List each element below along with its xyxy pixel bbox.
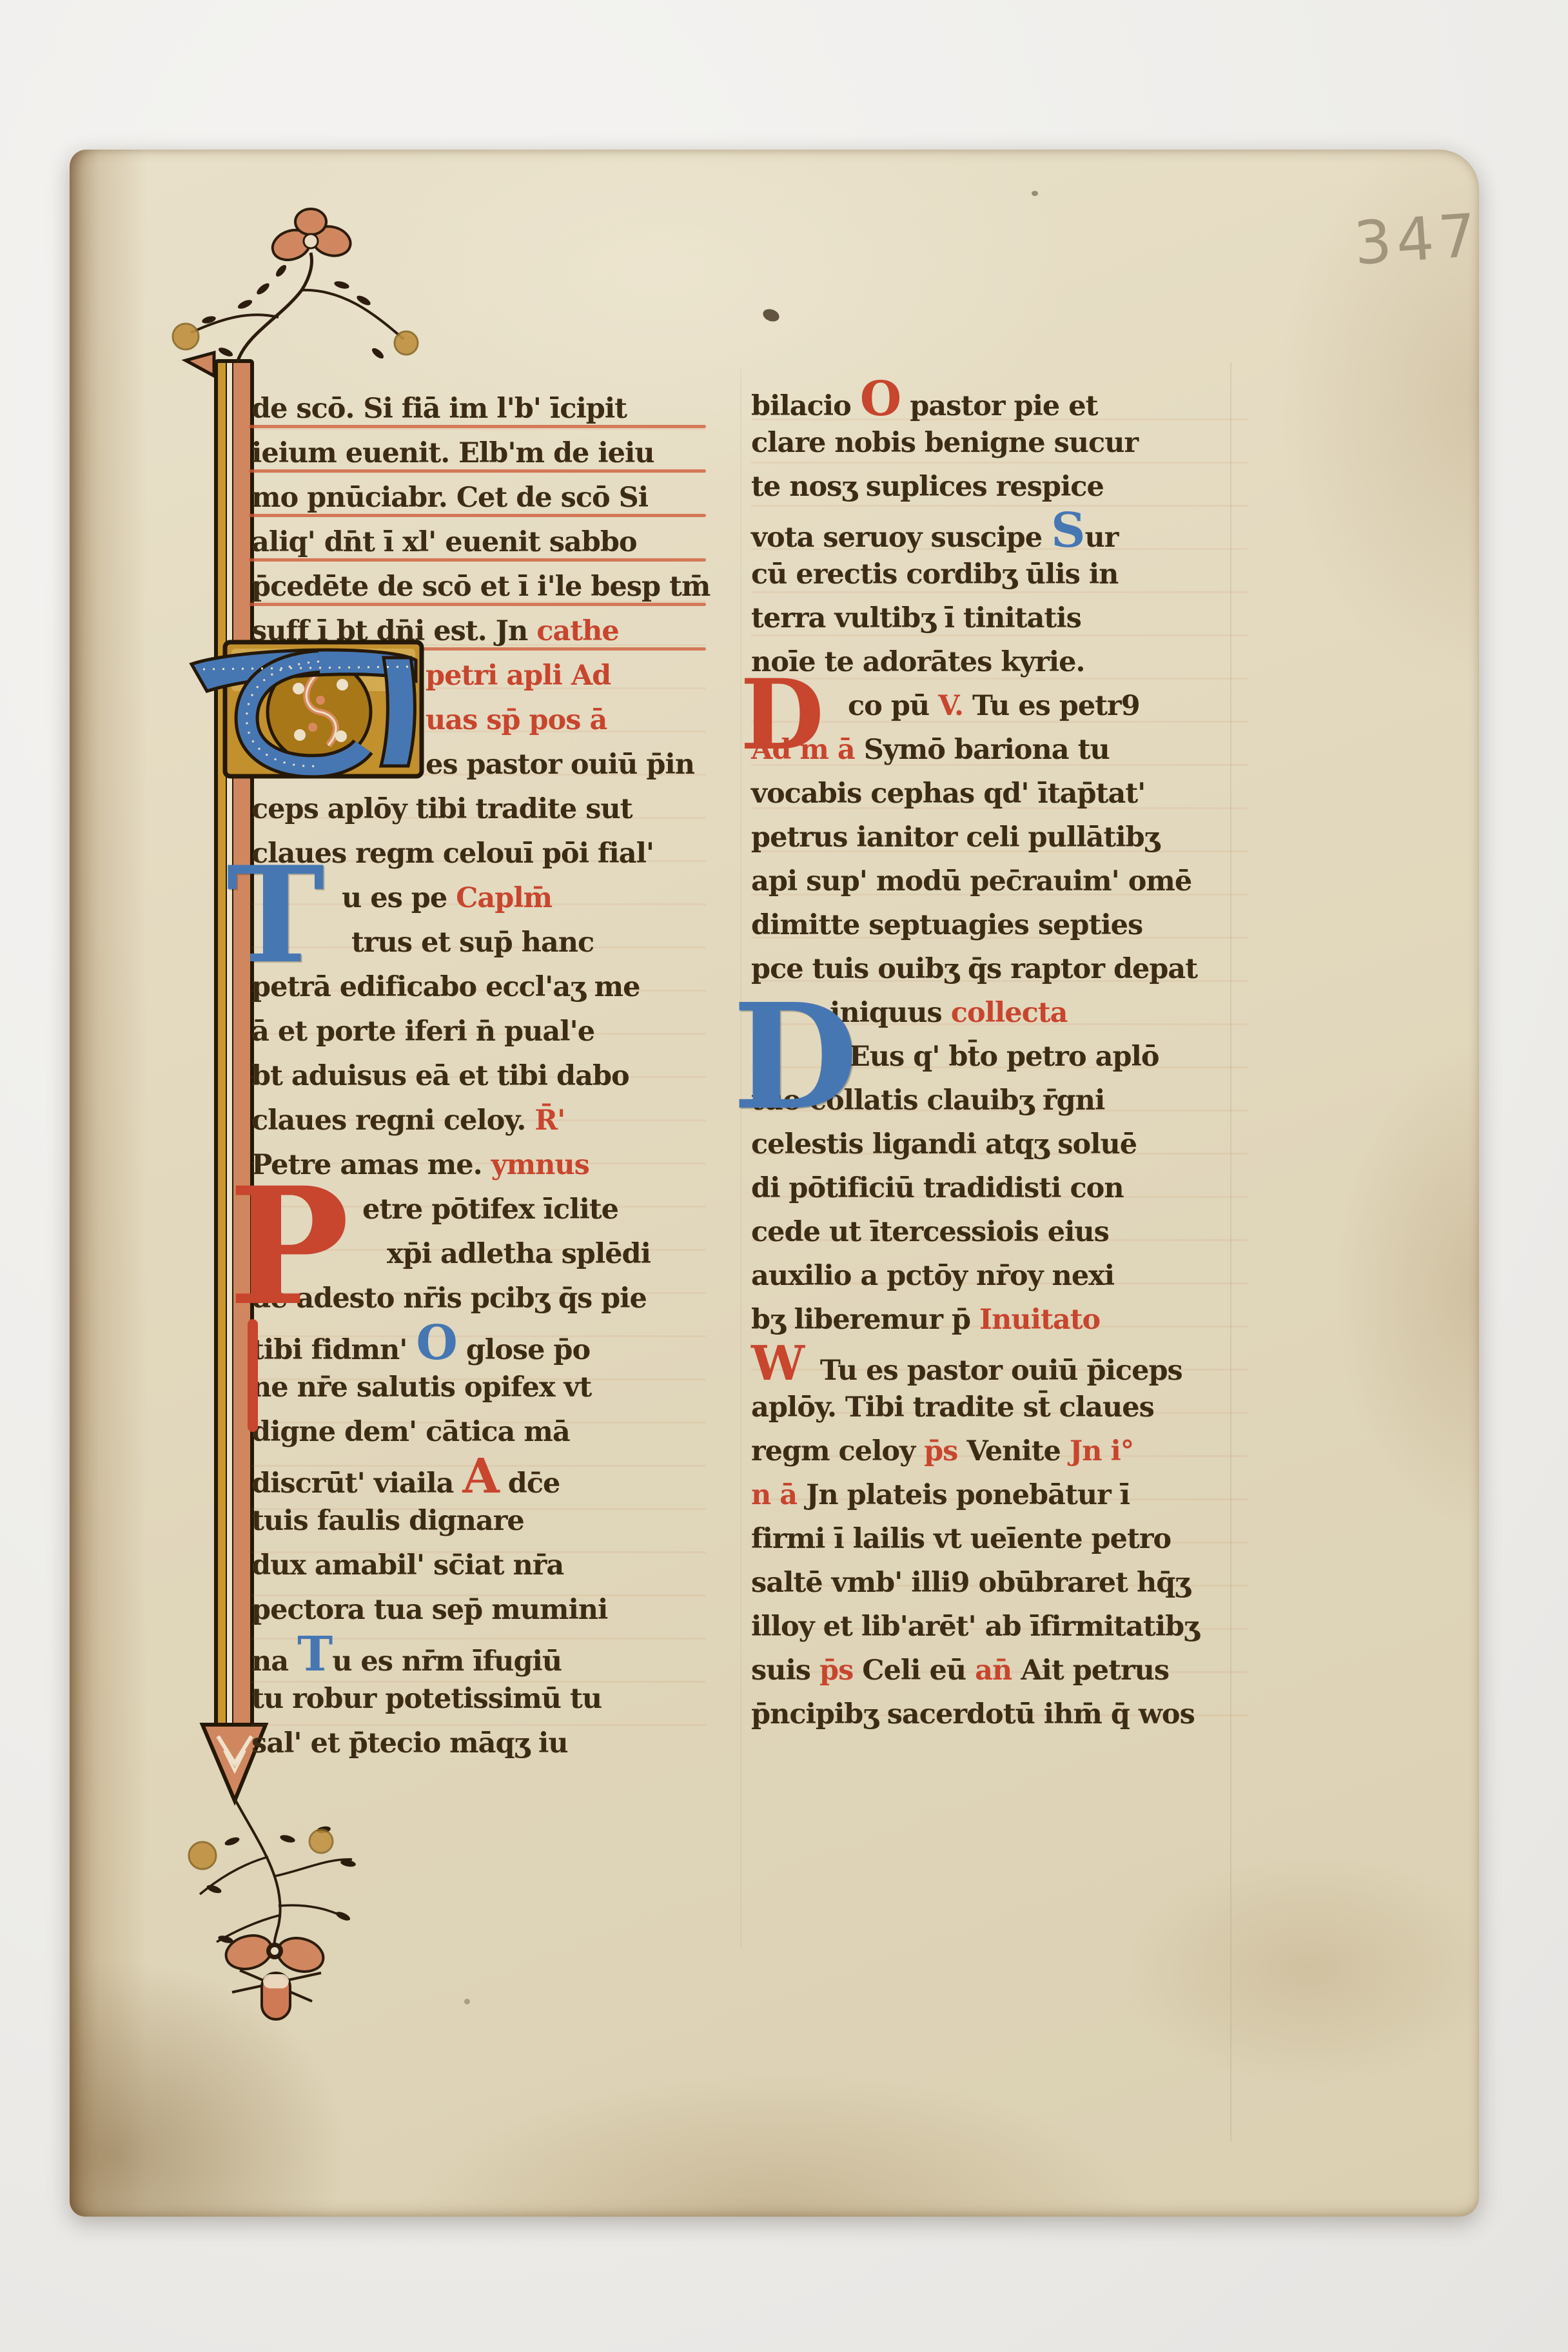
text-line: na Tu es nr̄m īfugiū xyxy=(251,1632,706,1677)
body-text: Venite xyxy=(966,1429,1070,1473)
body-text: suis xyxy=(751,1649,819,1692)
rubric-text: p̄s xyxy=(924,1429,966,1473)
text-line: mo pnūciabr. Cet de scō Si xyxy=(251,476,706,520)
text-line: p̄ncipibʒ sacerdotū ihm̄ q̄ wos xyxy=(751,1692,1248,1736)
body-text: Symō bariona tu xyxy=(864,728,1110,772)
body-text: vocabis cephas qd' ītap̄tat' xyxy=(751,772,1145,816)
text-line: Ad m ā Symō bariona tu xyxy=(751,728,1248,772)
text-line: dux amabil' sc̄iat nr̄a xyxy=(251,1543,706,1588)
body-text: firmi ī lailis vt ueīente petro xyxy=(751,1517,1171,1561)
rubric-text: an̄ xyxy=(975,1649,1021,1692)
body-text: terra vultibʒ ī tinitatis xyxy=(751,596,1081,640)
rubric-text: O xyxy=(860,377,901,421)
text-line: vota seruoy suscipe Sur xyxy=(751,509,1248,553)
body-text: u es pe xyxy=(342,876,456,921)
body-text: dux amabil' sc̄iat nr̄a xyxy=(251,1543,563,1588)
rubric-text: ymnus xyxy=(491,1143,589,1188)
rubric-text: Jn i° xyxy=(1070,1429,1133,1473)
text-line: dimitte septuagies septies xyxy=(751,903,1248,947)
body-text: clare nobis benigne sucur xyxy=(751,421,1138,465)
ink-fleck xyxy=(761,307,781,324)
left-text-column: de scō. Si fiā im l'b' īcipitieium eueni… xyxy=(251,387,706,1766)
text-line: pectora tua sep̄ mumini xyxy=(251,1588,706,1632)
text-line: ā et porte iferi n̄ pual'e xyxy=(251,1010,706,1054)
text-line: cū erectis cordibʒ ūlis in xyxy=(751,553,1248,596)
body-text: regm celoy xyxy=(751,1429,924,1473)
rubric-text: p̄s xyxy=(819,1649,862,1692)
text-line: aplōy. Tibi tradite st̄ claues xyxy=(751,1386,1248,1429)
body-text: ā et porte iferi n̄ pual'e xyxy=(251,1010,594,1054)
body-text: Tu es petr9 xyxy=(963,684,1140,728)
body-text: Eus q' bt̄o petro aplō xyxy=(849,1035,1159,1079)
rubric-text: R̄' xyxy=(534,1099,565,1143)
text-line: p̄cedēte de scō et ī i'le besp tm̄ xyxy=(251,565,706,609)
ink-fleck xyxy=(1032,191,1038,196)
text-line: tuis faulis dignare xyxy=(251,1499,706,1543)
body-text: ceps aplōy tibi tradite sut xyxy=(251,787,632,832)
text-line: de scō. Si fiā im l'b' īcipit xyxy=(251,387,706,431)
text-line: W Tu es pastor ouiū p̄iceps xyxy=(751,1342,1248,1386)
vertical-crease xyxy=(740,369,741,1948)
bottom-floral-spray xyxy=(155,1779,413,2057)
text-line: illoy et lib'arēt' ab īfirmitatibʒ xyxy=(751,1605,1248,1649)
initial-d-red: D xyxy=(740,667,824,763)
body-text: te nosʒ suplices respice xyxy=(751,465,1104,509)
text-line: claues regni celoy. R̄' xyxy=(251,1099,706,1143)
text-line: te nosʒ suplices respice xyxy=(751,465,1248,509)
rubric-text: uas sp̄ pos ā xyxy=(426,698,607,743)
body-text: mo pnūciabr. Cet de scō Si xyxy=(251,476,648,520)
text-line: n ā Jn plateis ponebātur ī xyxy=(751,1473,1248,1517)
folio-number: 347 xyxy=(1352,201,1484,278)
text-line: tu robur potetissimū tu xyxy=(251,1677,706,1721)
body-text: aplōy. Tibi tradite st̄ claues xyxy=(751,1386,1154,1429)
body-text: trus et sup̄ hanc xyxy=(351,921,594,965)
text-line: aliq' dn̄t ī xl' euenit sabbo xyxy=(251,520,706,565)
body-text: bʒ liberemur p̄ xyxy=(751,1298,979,1342)
rubric-text: A xyxy=(462,1455,498,1498)
text-line: digne dem' cātica mā xyxy=(251,1410,706,1455)
body-text: claues regni celoy. xyxy=(251,1099,534,1143)
text-line: firmi ī lailis vt ueīente petro xyxy=(751,1517,1248,1561)
text-line: cede ut ītercessiois eius xyxy=(751,1210,1248,1254)
text-line: bilacio O pastor pie et xyxy=(751,377,1248,421)
illuminated-initial-T xyxy=(222,638,426,780)
rubric-text: Caplm̄ xyxy=(456,876,552,921)
rubric-text: W xyxy=(751,1342,820,1386)
body-text: auxilio a pctōy nr̄oy nexi xyxy=(751,1254,1114,1298)
initial-letter: S xyxy=(1051,509,1084,553)
body-text: etre pōtifex īclite xyxy=(362,1188,618,1232)
body-text: dimitte septuagies septies xyxy=(751,903,1142,947)
body-text: cede ut ītercessiois eius xyxy=(751,1210,1109,1254)
text-line: ieium euenit. Elb'm de ieiu xyxy=(251,431,706,476)
text-line: discrūt' viaila A dc̄e xyxy=(251,1455,706,1499)
body-text: cū erectis cordibʒ ūlis in xyxy=(751,553,1118,596)
body-text: es pastor ouiū p̄in xyxy=(426,743,694,787)
body-text: bt aduisus eā et tibi dabo xyxy=(251,1054,629,1099)
top-floral-spray xyxy=(148,193,445,387)
body-text: p̄ncipibʒ sacerdotū ihm̄ q̄ wos xyxy=(751,1692,1195,1736)
body-text: de scō. Si fiā im l'b' īcipit xyxy=(251,387,627,431)
body-text: Ait petrus xyxy=(1021,1649,1169,1692)
body-text: petrus ianitor celi pullātibʒ xyxy=(751,816,1159,859)
text-line: suis p̄s Celi eū an̄ Ait petrus xyxy=(751,1649,1248,1692)
body-text: saltē vmb' illi9 obūbraret hq̄ʒ xyxy=(751,1561,1190,1605)
text-line: ceps aplōy tibi tradite sut xyxy=(251,787,706,832)
body-text: Jn plateis ponebātur ī xyxy=(806,1473,1130,1517)
text-line: saltē vmb' illi9 obūbraret hq̄ʒ xyxy=(751,1561,1248,1605)
body-text: sal' et p̄tecio māqʒ iu xyxy=(251,1721,568,1766)
body-text: p̄cedēte de scō et ī i'le besp tm̄ xyxy=(251,565,710,609)
initial-t-blue: T xyxy=(226,850,325,982)
text-line: auxilio a pctōy nr̄oy nexi xyxy=(751,1254,1248,1298)
body-text: illoy et lib'arēt' ab īfirmitatibʒ xyxy=(751,1605,1199,1649)
rubric-text: n ā xyxy=(751,1473,806,1517)
body-text: digne dem' cātica mā xyxy=(251,1410,570,1455)
text-line: co pū V. Tu es petr9 xyxy=(751,684,1248,728)
initial-p-red: P xyxy=(228,1166,349,1327)
rubric-text: cathe xyxy=(536,609,619,654)
text-line: api sup' modū pec̄rauim' omē xyxy=(751,859,1248,903)
initial-letter: O xyxy=(416,1321,456,1365)
rubric-text: petri apli Ad xyxy=(426,654,611,698)
body-text: co pū xyxy=(848,684,938,728)
text-line: regm celoy p̄s Venite Jn i° xyxy=(751,1429,1248,1473)
body-text: tu robur potetissimū tu xyxy=(251,1677,602,1721)
body-text: aliq' dn̄t ī xl' euenit sabbo xyxy=(251,520,637,565)
body-text: ieium euenit. Elb'm de ieiu xyxy=(251,431,654,476)
text-line: bʒ liberemur p̄ Inuitato xyxy=(751,1298,1248,1342)
text-line: noīe te adorātes kyrie. xyxy=(751,640,1248,684)
ink-fleck xyxy=(464,1999,470,2004)
manuscript-leaf: 347 xyxy=(70,150,1479,2217)
body-text: tuis faulis dignare xyxy=(251,1499,524,1543)
body-text: ne nr̄e salutis opifex vt xyxy=(251,1366,591,1410)
initial-d-blue: D xyxy=(732,985,858,1130)
body-text: pectora tua sep̄ mumini xyxy=(251,1588,607,1632)
body-text: api sup' modū pec̄rauim' omē xyxy=(751,859,1191,903)
rubric-text: collecta xyxy=(951,991,1068,1035)
text-line: bt aduisus eā et tibi dabo xyxy=(251,1054,706,1099)
text-line: sal' et p̄tecio māqʒ iu xyxy=(251,1721,706,1766)
text-line: ne nr̄e salutis opifex vt xyxy=(251,1366,706,1410)
rubric-text: Inuitato xyxy=(979,1298,1100,1342)
rubric-text: V. xyxy=(938,684,963,728)
text-line: vocabis cephas qd' ītap̄tat' xyxy=(751,772,1248,816)
text-line: di pōtificiū tradidisti con xyxy=(751,1166,1248,1210)
text-line: clare nobis benigne sucur xyxy=(751,421,1248,465)
body-text: xp̄i adletha splēdi xyxy=(387,1232,651,1277)
photograph-backdrop: 347 xyxy=(0,0,1568,2352)
text-line: terra vultibʒ ī tinitatis xyxy=(751,596,1248,640)
body-text: Celi eū xyxy=(862,1649,975,1692)
body-text: di pōtificiū tradidisti con xyxy=(751,1166,1124,1210)
initial-letter: T xyxy=(297,1632,332,1676)
text-line: petrus ianitor celi pullātibʒ xyxy=(751,816,1248,859)
